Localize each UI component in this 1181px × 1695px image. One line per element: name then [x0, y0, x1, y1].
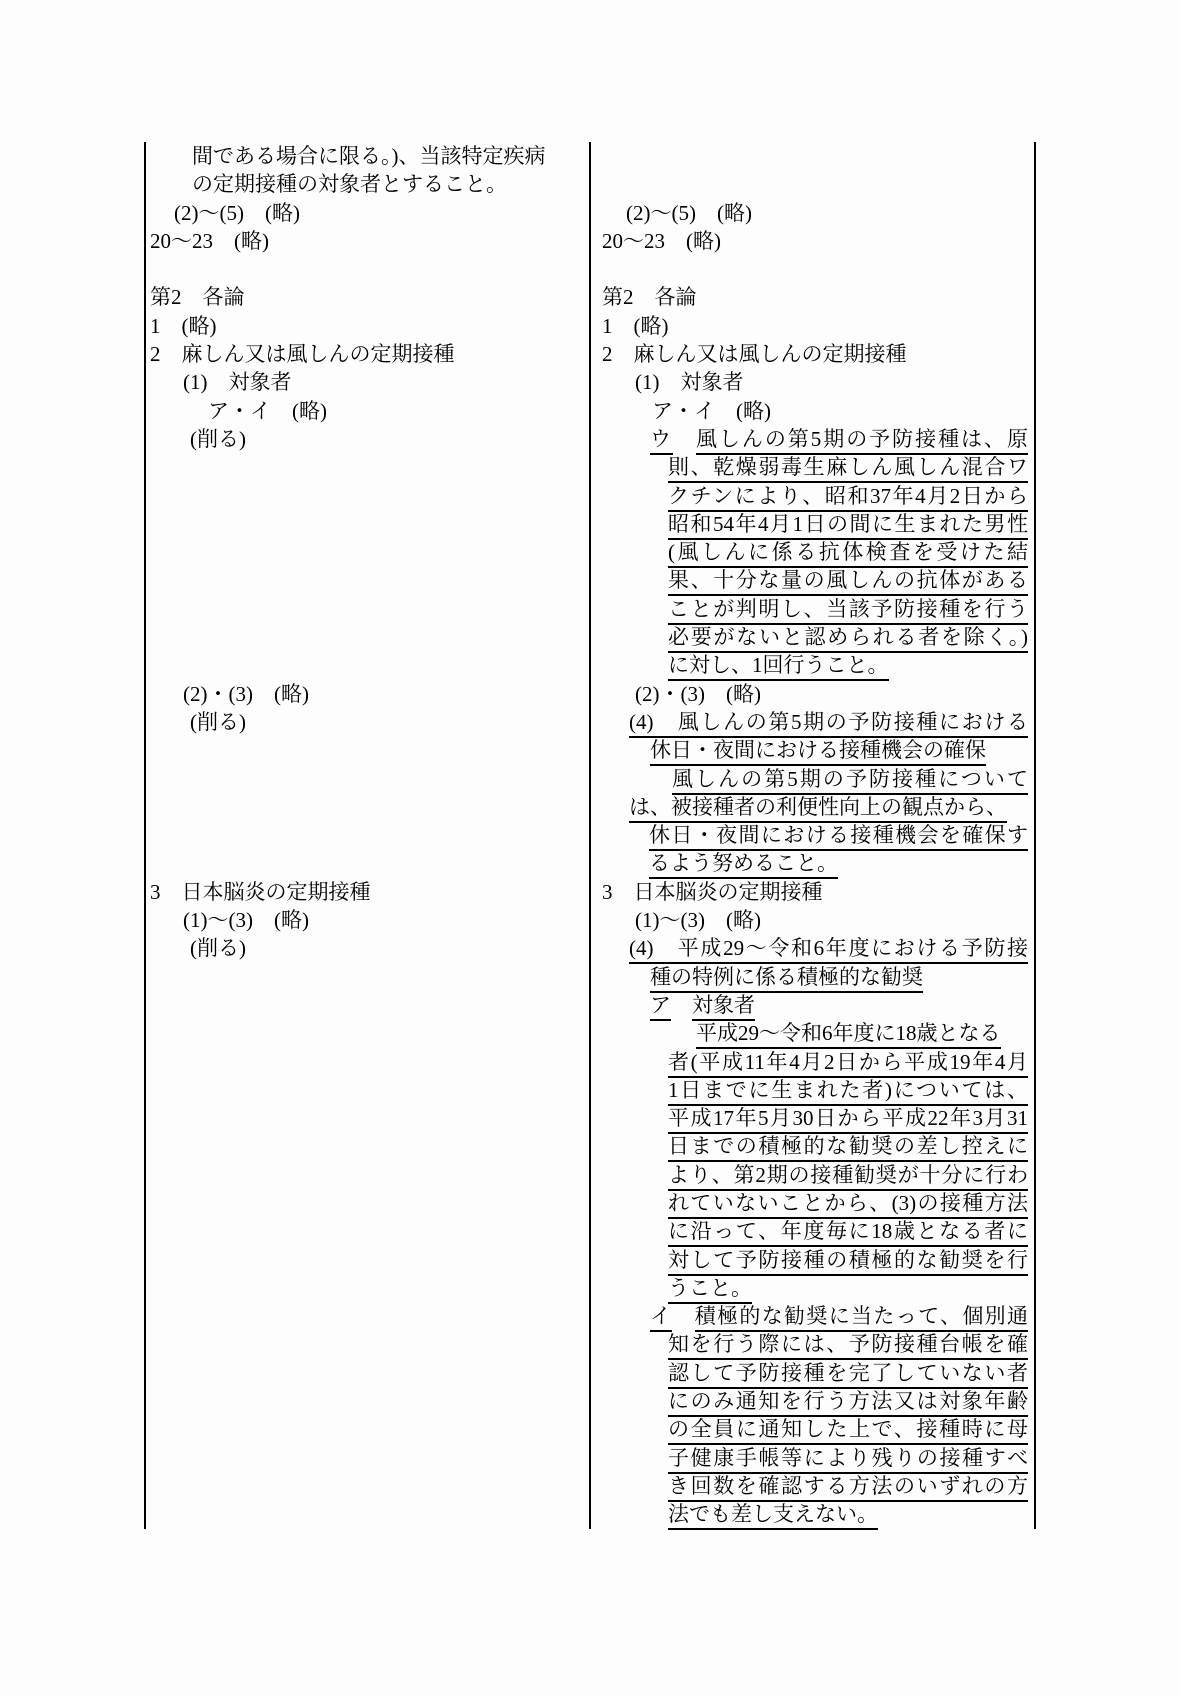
text-segment: 20〜23 (略): [150, 229, 269, 253]
underlined-segment: 平成29〜令和6年度に18歳となる: [696, 1021, 1001, 1049]
text-line: るよう努めること。: [602, 849, 1028, 877]
text-line: 第2 各論: [150, 283, 583, 311]
underlined-segment: 休日・夜間における接種機会の確保: [650, 738, 986, 766]
underlined-segment: 昭和54年4月1日の間に生まれた男性: [668, 512, 1028, 540]
blank-line: [150, 1472, 583, 1500]
underlined-segment: 法でも差し支えない。: [668, 1502, 878, 1530]
text-line: 者(平成11年4月2日から平成19年4月: [602, 1048, 1028, 1076]
text-line: (削る): [150, 708, 583, 736]
underlined-segment: 1日までに生まれた者)については、: [668, 1078, 1028, 1106]
blank-line: [150, 849, 583, 877]
blank-line: [150, 736, 583, 764]
text-line: (1)〜(3) (略): [150, 906, 583, 934]
text-line: ア・イ (略): [602, 397, 1028, 425]
text-line: れていないことから、(3)の接種方法: [602, 1189, 1028, 1217]
text-segment: (1) 対象者: [635, 370, 744, 394]
blank-line: [150, 1330, 583, 1358]
blank-line: [602, 255, 1028, 283]
underlined-segment: (4) 風しんの第5期の予防接種における: [629, 710, 1028, 738]
text-line: ウ 風しんの第5期の予防接種は、原: [602, 425, 1028, 453]
text-line: (2)・(3) (略): [150, 680, 583, 708]
blank-line: [150, 821, 583, 849]
text-segment: (1) 対象者: [183, 370, 292, 394]
text-line: 2 麻しん又は風しんの定期接種: [150, 340, 583, 368]
text-segment: (2)〜(5) (略): [174, 201, 300, 225]
underlined-segment: に対し、1回行うこと。: [668, 653, 889, 681]
text-segment: 2 麻しん又は風しんの定期接種: [150, 342, 455, 366]
text-line: にのみ通知を行う方法又は対象年齢: [602, 1387, 1028, 1415]
blank-line: [150, 1217, 583, 1245]
text-line: に対し、1回行うこと。: [602, 651, 1028, 679]
text-segment: (1)〜(3) (略): [183, 908, 309, 932]
text-line: 認して予防接種を完了していない者: [602, 1359, 1028, 1387]
text-segment: ア・イ (略): [208, 399, 327, 423]
text-segment: [671, 993, 692, 1017]
text-segment: 2 麻しん又は風しんの定期接種: [602, 342, 907, 366]
underlined-segment: (4) 平成29〜令和6年度における予防接: [629, 936, 1028, 964]
underlined-segment: 休日・夜間における接種機会を確保す: [649, 823, 1028, 851]
blank-line: [150, 1387, 583, 1415]
text-line: の全員に通知した上で、接種時に母: [602, 1415, 1028, 1443]
text-line: 3 日本脳炎の定期接種: [150, 878, 583, 906]
blank-line: [150, 1104, 583, 1132]
blank-line: [150, 538, 583, 566]
blank-line: [150, 510, 583, 538]
underlined-segment: の全員に通知した上で、接種時に母: [668, 1417, 1028, 1445]
text-segment: 3 日本脳炎の定期接種: [602, 880, 823, 904]
blank-line: [150, 1274, 583, 1302]
underlined-segment: 知を行う際には、予防接種台帳を確: [668, 1332, 1028, 1360]
text-line: (2)〜(5) (略): [150, 199, 583, 227]
blank-line: [150, 566, 583, 594]
text-line: (1)〜(3) (略): [602, 906, 1028, 934]
underlined-segment: (風しんに係る抗体検査を受けた結: [668, 540, 1028, 568]
underlined-segment: は、被接種者の利便性向上の観点から、: [629, 795, 1007, 823]
text-segment: 3 日本脳炎の定期接種: [150, 880, 371, 904]
text-line: 20〜23 (略): [150, 227, 583, 255]
text-line: うこと。: [602, 1274, 1028, 1302]
underlined-segment: 風しんの第5期の予防接種は、原: [696, 427, 1028, 455]
text-segment: (削る): [190, 427, 246, 451]
blank-line: [150, 1246, 583, 1274]
text-line: は、被接種者の利便性向上の観点から、: [602, 793, 1028, 821]
underlined-segment: 対象者: [692, 993, 755, 1021]
underlined-segment: 種の特例に係る積極的な勧奨: [650, 965, 923, 993]
text-line: に沿って、年度毎に18歳となる者に: [602, 1217, 1028, 1245]
text-segment: 1 (略): [150, 314, 217, 338]
text-line: 日までの積極的な勧奨の差し控えに: [602, 1132, 1028, 1160]
text-segment: 20〜23 (略): [602, 229, 721, 253]
text-line: ア 対象者: [602, 991, 1028, 1019]
text-line: ことが判明し、当該予防接種を行う: [602, 595, 1028, 623]
blank-line: [150, 1048, 583, 1076]
text-segment: [672, 1304, 694, 1328]
text-line: 1日までに生まれた者)については、: [602, 1076, 1028, 1104]
blank-line: [150, 1359, 583, 1387]
underlined-segment: 日までの積極的な勧奨の差し控えに: [668, 1134, 1028, 1162]
underlined-segment: に沿って、年度毎に18歳となる者に: [668, 1219, 1028, 1247]
blank-line: [150, 991, 583, 1019]
text-line: (2)・(3) (略): [602, 680, 1028, 708]
blank-line: [150, 1302, 583, 1330]
text-line: 20〜23 (略): [602, 227, 1028, 255]
new-text-column: (2)〜(5) (略)20〜23 (略)第2 各論1 (略)2 麻しん又は風しん…: [589, 142, 1036, 1529]
underlined-segment: 則、乾燥弱毒生麻しん風しん混合ワ: [668, 455, 1028, 483]
underlined-segment: 必要がないと認められる者を除く。): [668, 625, 1028, 653]
text-segment: (2)・(3) (略): [635, 682, 761, 706]
text-line: 3 日本脳炎の定期接種: [602, 878, 1028, 906]
text-line: 則、乾燥弱毒生麻しん風しん混合ワ: [602, 453, 1028, 481]
underlined-segment: 者(平成11年4月2日から平成19年4月: [668, 1050, 1028, 1078]
blank-line: [602, 170, 1028, 198]
underlined-segment: にのみ通知を行う方法又は対象年齢: [668, 1389, 1028, 1417]
underlined-segment: 子健康手帳等により残りの接種すべ: [668, 1446, 1028, 1474]
blank-line: [150, 1019, 583, 1047]
text-line: クチンにより、昭和37年4月2日から: [602, 482, 1028, 510]
text-line: 昭和54年4月1日の間に生まれた男性: [602, 510, 1028, 538]
blank-line: [150, 1444, 583, 1472]
underlined-segment: ウ: [650, 427, 673, 455]
text-segment: (削る): [190, 710, 246, 734]
text-line: 1 (略): [150, 312, 583, 340]
text-segment: 第2 各論: [150, 285, 245, 309]
text-line: 休日・夜間における接種機会の確保: [602, 736, 1028, 764]
text-segment: 第2 各論: [602, 285, 697, 309]
underlined-segment: 風しんの第5期の予防接種について: [672, 767, 1028, 795]
underlined-segment: より、第2期の接種勧奨が十分に行わ: [668, 1163, 1028, 1191]
blank-line: [150, 595, 583, 623]
text-line: 間である場合に限る。)、当該特定疾病: [150, 142, 583, 170]
underlined-segment: るよう努めること。: [649, 851, 838, 879]
underlined-segment: ことが判明し、当該予防接種を行う: [668, 597, 1028, 625]
underlined-segment: クチンにより、昭和37年4月2日から: [668, 484, 1028, 512]
text-line: 第2 各論: [602, 283, 1028, 311]
text-line: の定期接種の対象者とすること。: [150, 170, 583, 198]
text-segment: (削る): [190, 936, 246, 960]
text-line: 対して予防接種の積極的な勧奨を行: [602, 1246, 1028, 1274]
text-line: (2)〜(5) (略): [602, 199, 1028, 227]
blank-line: [150, 255, 583, 283]
underlined-segment: イ: [650, 1304, 672, 1332]
old-text-column: 間である場合に限る。)、当該特定疾病の定期接種の対象者とすること。(2)〜(5)…: [144, 142, 589, 1529]
text-line: 法でも差し支えない。: [602, 1500, 1028, 1528]
blank-line: [150, 1500, 583, 1528]
text-line: 風しんの第5期の予防接種について: [602, 765, 1028, 793]
blank-line: [150, 1161, 583, 1189]
text-line: 休日・夜間における接種機会を確保す: [602, 821, 1028, 849]
text-line: (4) 風しんの第5期の予防接種における: [602, 708, 1028, 736]
blank-line: [602, 142, 1028, 170]
underlined-segment: れていないことから、(3)の接種方法: [668, 1191, 1028, 1219]
blank-line: [150, 765, 583, 793]
text-line: (風しんに係る抗体検査を受けた結: [602, 538, 1028, 566]
text-line: より、第2期の接種勧奨が十分に行わ: [602, 1161, 1028, 1189]
text-line: き回数を確認する方法のいずれの方: [602, 1472, 1028, 1500]
text-segment: 1 (略): [602, 314, 669, 338]
text-line: 平成29〜令和6年度に18歳となる: [602, 1019, 1028, 1047]
text-segment: ア・イ (略): [652, 399, 771, 423]
text-line: ア・イ (略): [150, 397, 583, 425]
text-line: (削る): [150, 425, 583, 453]
text-line: 子健康手帳等により残りの接種すべ: [602, 1444, 1028, 1472]
text-segment: (2)〜(5) (略): [626, 201, 752, 225]
text-line: (1) 対象者: [602, 368, 1028, 396]
blank-line: [150, 793, 583, 821]
blank-line: [150, 623, 583, 651]
underlined-segment: ア: [650, 993, 671, 1021]
document-page: 間である場合に限る。)、当該特定疾病の定期接種の対象者とすること。(2)〜(5)…: [0, 0, 1181, 1695]
text-segment: の定期接種の対象者とすること。: [192, 172, 507, 196]
blank-line: [150, 1415, 583, 1443]
text-line: (4) 平成29〜令和6年度における予防接: [602, 934, 1028, 962]
underlined-segment: き回数を確認する方法のいずれの方: [668, 1474, 1028, 1502]
blank-line: [150, 1189, 583, 1217]
text-line: 種の特例に係る積極的な勧奨: [602, 963, 1028, 991]
text-line: 2 麻しん又は風しんの定期接種: [602, 340, 1028, 368]
blank-line: [150, 651, 583, 679]
text-segment: (1)〜(3) (略): [635, 908, 761, 932]
text-segment: (2)・(3) (略): [183, 682, 309, 706]
text-line: (削る): [150, 934, 583, 962]
text-line: イ 積極的な勧奨に当たって、個別通: [602, 1302, 1028, 1330]
blank-line: [150, 1132, 583, 1160]
text-line: (1) 対象者: [150, 368, 583, 396]
blank-line: [150, 1076, 583, 1104]
comparison-table: 間である場合に限る。)、当該特定疾病の定期接種の対象者とすること。(2)〜(5)…: [144, 142, 1036, 1529]
text-line: 必要がないと認められる者を除く。): [602, 623, 1028, 651]
underlined-segment: 対して予防接種の積極的な勧奨を行: [668, 1248, 1028, 1276]
text-line: 果、十分な量の風しんの抗体がある: [602, 566, 1028, 594]
blank-line: [150, 482, 583, 510]
text-segment: 間である場合に限る。)、当該特定疾病: [192, 144, 546, 168]
text-line: 1 (略): [602, 312, 1028, 340]
underlined-segment: うこと。: [668, 1276, 752, 1304]
blank-line: [150, 963, 583, 991]
text-line: 知を行う際には、予防接種台帳を確: [602, 1330, 1028, 1358]
underlined-segment: 認して予防接種を完了していない者: [668, 1361, 1028, 1389]
text-line: 平成17年5月30日から平成22年3月31: [602, 1104, 1028, 1132]
underlined-segment: 果、十分な量の風しんの抗体がある: [668, 568, 1028, 596]
text-segment: [673, 427, 696, 451]
underlined-segment: 平成17年5月30日から平成22年3月31: [668, 1106, 1028, 1134]
underlined-segment: 積極的な勧奨に当たって、個別通: [695, 1304, 1028, 1332]
blank-line: [150, 453, 583, 481]
